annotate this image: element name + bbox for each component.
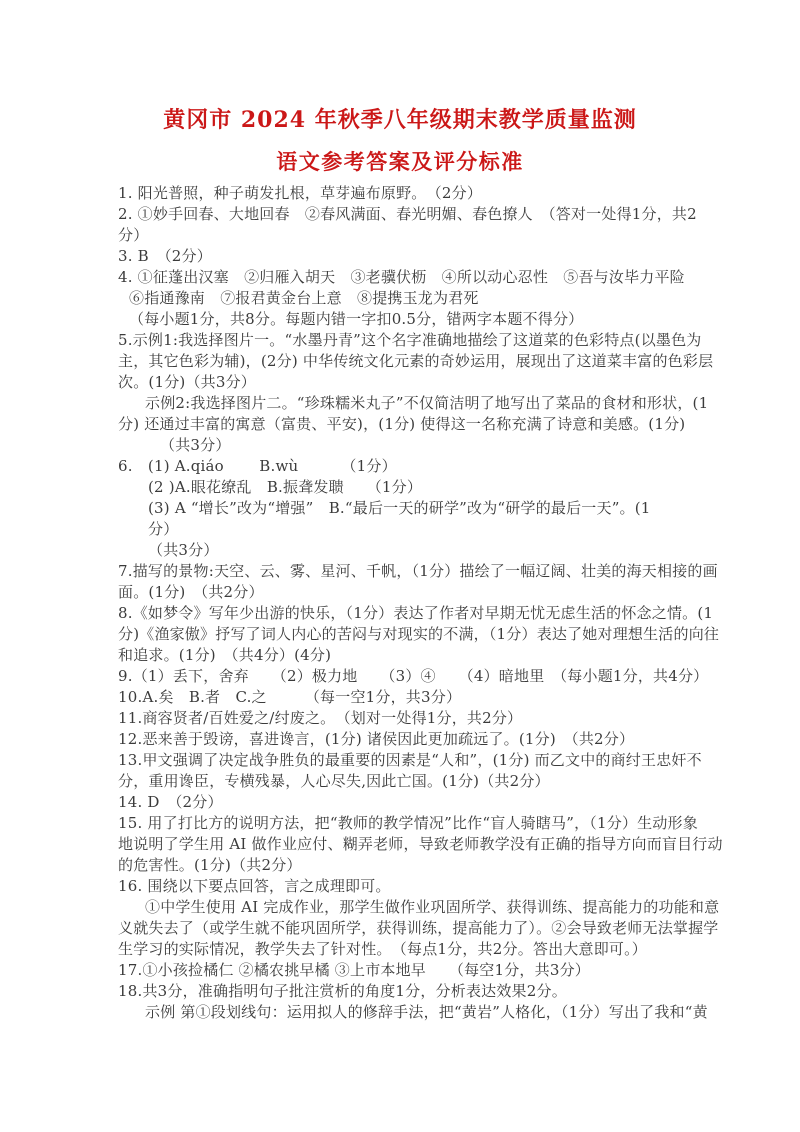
answer-line: 14. D （2分） — [118, 792, 693, 813]
answer-line: 次。(1分)（共3分） — [118, 372, 693, 393]
answer-line: 6. (1) A.qiáo B.wù （1分） — [118, 456, 693, 477]
answer-line: 分)《渔家傲》抒写了词人内心的苦闷与对现实的不满，（1分）表达了她对理想生活的向… — [118, 624, 693, 645]
document-subtitle: 语文参考答案及评分标准 — [0, 146, 800, 176]
answer-line: ①中学生使用 AI 完成作业，那学生做作业巩固所学、获得训练、提高能力的功能和意 — [118, 897, 693, 918]
answer-line: 分) 还通过丰富的寓意（富贵、平安)，(1分) 使得这一名称充满了诗意和美感。(… — [118, 414, 693, 435]
answer-line: 分） — [118, 225, 693, 246]
document-title: 黄冈市 2024 年秋季八年级期末教学质量监测 — [0, 103, 800, 134]
answer-line: 示例 第①段划线句：运用拟人的修辞手法，把“黄岩”人格化，（1分）写出了我和“黄 — [118, 1002, 693, 1023]
answer-line: 11.商容贤者/百姓爱之/纣废之。 （划对一处得1分，共2分） — [118, 708, 693, 729]
answer-line: （共3分） — [118, 540, 693, 561]
answer-line: 13.甲文强调了决定战争胜负的最重要的因素是“人和”，(1分) 而乙文中的商纣王… — [118, 750, 693, 771]
answer-line: 8.《如梦令》写年少出游的快乐，（1分）表达了作者对早期无忧无虑生活的怀念之情。… — [118, 603, 693, 624]
answer-line: 主，其它色彩为辅)，(2分) 中华传统文化元素的奇妙运用，展现出了这道菜丰富的色… — [118, 351, 693, 372]
answer-line: ⑥指通豫南 ⑦报君黄金台上意 ⑧提携玉龙为君死 — [118, 288, 693, 309]
answer-line: 和追求。(1分) （共4分）(4分) — [118, 645, 693, 666]
answer-line: 15. 用了打比方的说明方法，把“教师的教学情况”比作“盲人骑瞎马”，（1分）生… — [118, 813, 693, 834]
answer-line: 10.A.矣 B.者 C.之 （每一空1分，共3分） — [118, 687, 693, 708]
answer-line: 9.（1）丢下，舍弃 （2）极力地 （3）④ （4）暗地里 （每小题1分，共4分… — [118, 666, 693, 687]
answer-line: 5.示例1:我选择图片一。“水墨丹青”这个名字准确地描绘了这道菜的色彩特点(以墨… — [118, 330, 693, 351]
answer-line: 面。(1分) （共2分） — [118, 582, 693, 603]
answer-line: (2 )A.眼花缭乱 B.振聋发聩 （1分） — [118, 477, 693, 498]
answer-line: 地说明了学生用 AI 做作业应付、糊弄老师，导致老师教学没有正确的指导方向而盲目… — [118, 834, 693, 855]
answer-line: 1. 阳光普照，种子萌发扎根，草芽遍布原野。 （2分） — [118, 183, 693, 204]
answer-line: 12.恶来善于毁谤，喜进谗言，(1分) 诸侯因此更加疏远了。(1分) （共2分） — [118, 729, 693, 750]
answer-line: 3. B （2分） — [118, 246, 693, 267]
answer-line: 17.①小孩捡橘仁 ②橘农挑早橘 ③上市本地早 （每空1分，共3分） — [118, 960, 693, 981]
answer-lines: 1. 阳光普照，种子萌发扎根，草芽遍布原野。 （2分）2. ①妙手回春、大地回春… — [118, 183, 693, 1023]
document-page: 黄冈市 2024 年秋季八年级期末教学质量监测 语文参考答案及评分标准 1. 阳… — [0, 0, 800, 1132]
answer-line: （共3分） — [118, 435, 693, 456]
answer-line: 的危害性。(1分)（共2分） — [118, 855, 693, 876]
answer-line: 2. ①妙手回春、大地回春 ②春风满面、春光明媚、春色撩人 （答对一处得1分，共… — [118, 204, 693, 225]
answer-line: (3) A “增长”改为“增强” B.“最后一天的研学”改为“研学的最后一天”。… — [118, 498, 693, 519]
answer-line: 义就失去了（或学生就不能巩固所学，获得训练，提高能力了）。②会导致老师无法掌握学 — [118, 918, 693, 939]
answer-line: 7.描写的景物:天空、云、雾、星河、千帆，（1分）描绘了一幅辽阔、壮美的海天相接… — [118, 561, 693, 582]
answer-line: （每小题1分，共8分。每题内错一字扣0.5分，错两字本题不得分） — [118, 309, 693, 330]
answer-line: 分，重用谗臣，专横残暴，人心尽失,因此亡国。(1分)（共2分） — [118, 771, 693, 792]
answer-line: 18.共3分，准确指明句子批注赏析的角度1分，分析表达效果2分。 — [118, 981, 693, 1002]
answer-line: 示例2:我选择图片二。“珍珠糯米丸子”不仅简洁明了地写出了菜品的食材和形状，(1 — [118, 393, 693, 414]
answer-line: 分） — [118, 519, 693, 540]
answer-line: 16. 围绕以下要点回答，言之成理即可。 — [118, 876, 693, 897]
answer-line: 生学习的实际情况，教学失去了针对性。 （每点1分，共2分。答出大意即可。） — [118, 939, 693, 960]
answer-line: 4. ①征蓬出汉塞 ②归雁入胡天 ③老骥伏枥 ④所以动心忍性 ⑤吾与汝毕力平险 — [118, 267, 693, 288]
